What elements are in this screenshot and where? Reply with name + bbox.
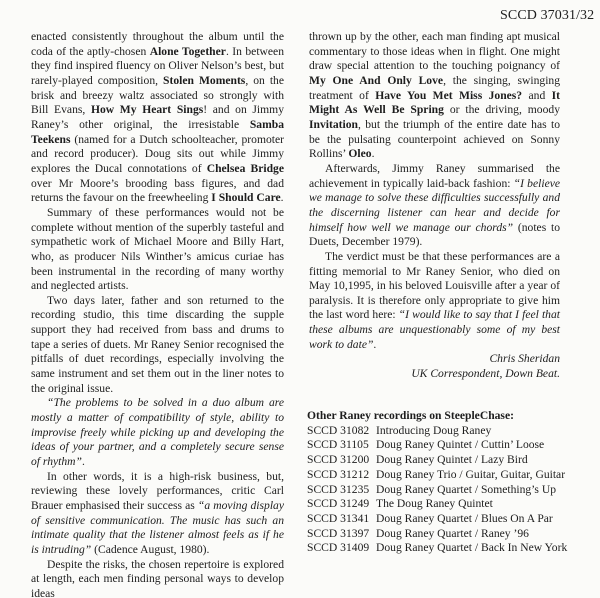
catalog-code: SCCD 31235 <box>307 483 376 498</box>
catalog-code: SCCD 31249 <box>307 497 376 512</box>
signature-title: UK Correspondent, Down Beat. <box>309 367 560 382</box>
catalog-code: SCCD 31409 <box>307 541 376 556</box>
catalog-number: SCCD 37031/32 <box>500 8 594 24</box>
text-run: . <box>373 338 376 351</box>
quotation: “The problems to be solved in a duo albu… <box>31 396 284 468</box>
song-title: I Should Care <box>211 191 280 204</box>
song-title: Chelsea Bridge <box>207 162 284 175</box>
album-title: Doug Raney Quintet / Lazy Bird <box>376 453 528 468</box>
paragraph: Afterwards, Jimmy Raney summarised the a… <box>309 162 560 250</box>
paragraph: “The problems to be solved in a duo albu… <box>31 396 284 469</box>
paragraph: Two days later, father and son returned … <box>31 294 284 397</box>
song-title: How My Heart Sings <box>91 103 203 116</box>
song-title: My One And Only Love <box>309 74 443 87</box>
catalog-code: SCCD 31212 <box>307 468 376 483</box>
album-title: Doug Raney Quartet / Back In New York <box>376 541 567 556</box>
album-title: Doug Raney Trio / Guitar, Guitar, Guitar <box>376 468 565 483</box>
text-run: . <box>281 191 284 204</box>
catalog-code: SCCD 31105 <box>307 438 376 453</box>
paragraph: thrown up by the other, each man finding… <box>309 30 560 162</box>
album-title: Doug Raney Quartet / Raney ’96 <box>376 527 529 542</box>
text-run: . <box>372 147 375 160</box>
paragraph: The verdict must be that these performan… <box>309 250 560 353</box>
paragraph: In other words, it is a high-risk busine… <box>31 470 284 558</box>
list-item: SCCD 31235Doug Raney Quartet / Something… <box>307 483 587 498</box>
catalog-code: SCCD 31341 <box>307 512 376 527</box>
song-title: Oleo <box>348 147 371 160</box>
album-title: The Doug Raney Quintet <box>376 497 493 512</box>
paragraph: Despite the risks, the chosen repertoire… <box>31 558 284 598</box>
text-run: or the driving, moody <box>444 103 560 116</box>
right-column: thrown up by the other, each man finding… <box>309 30 560 382</box>
list-item: SCCD 31212Doug Raney Trio / Guitar, Guit… <box>307 468 587 483</box>
song-title: Stolen Moments <box>163 74 245 87</box>
paragraph: Summary of these performances would not … <box>31 206 284 294</box>
list-item: SCCD 31105Doug Raney Quintet / Cuttin’ L… <box>307 438 587 453</box>
list-item: SCCD 31341Doug Raney Quartet / Blues On … <box>307 512 587 527</box>
discography-title: Other Raney recordings on SteepleChase: <box>307 409 587 424</box>
list-item: SCCD 31082Introducing Doug Raney <box>307 424 587 439</box>
text-run: (Cadence August, 1980). <box>91 543 209 556</box>
signature-name: Chris Sheridan <box>309 352 560 367</box>
text-run: Summary of these performances would not … <box>31 206 284 292</box>
text-run: thrown up by the other, each man finding… <box>309 30 560 72</box>
catalog-code: SCCD 31397 <box>307 527 376 542</box>
text-run: . <box>82 455 85 468</box>
album-title: Doug Raney Quartet / Blues On A Par <box>376 512 553 527</box>
list-item: SCCD 31397Doug Raney Quartet / Raney ’96 <box>307 527 587 542</box>
paragraph: enacted consistently throughout the albu… <box>31 30 284 206</box>
list-item: SCCD 31200Doug Raney Quintet / Lazy Bird <box>307 453 587 468</box>
left-column: enacted consistently throughout the albu… <box>31 30 284 598</box>
text-run: Despite the risks, the chosen repertoire… <box>31 558 284 598</box>
list-item: SCCD 31249The Doug Raney Quintet <box>307 497 587 512</box>
list-item: SCCD 31409Doug Raney Quartet / Back In N… <box>307 541 587 556</box>
album-title: Introducing Doug Raney <box>376 424 491 439</box>
album-title: Doug Raney Quartet / Something’s Up <box>376 483 556 498</box>
discography-list: Other Raney recordings on SteepleChase: … <box>307 409 587 556</box>
song-title: Have You Met Miss Jones? <box>375 89 522 102</box>
catalog-code: SCCD 31082 <box>307 424 376 439</box>
song-title: Invitation <box>309 118 358 131</box>
text-run: and <box>522 89 552 102</box>
album-title: Doug Raney Quintet / Cuttin’ Loose <box>376 438 544 453</box>
catalog-code: SCCD 31200 <box>307 453 376 468</box>
song-title: Alone Together <box>150 45 226 58</box>
text-run: Two days later, father and son returned … <box>31 294 284 395</box>
